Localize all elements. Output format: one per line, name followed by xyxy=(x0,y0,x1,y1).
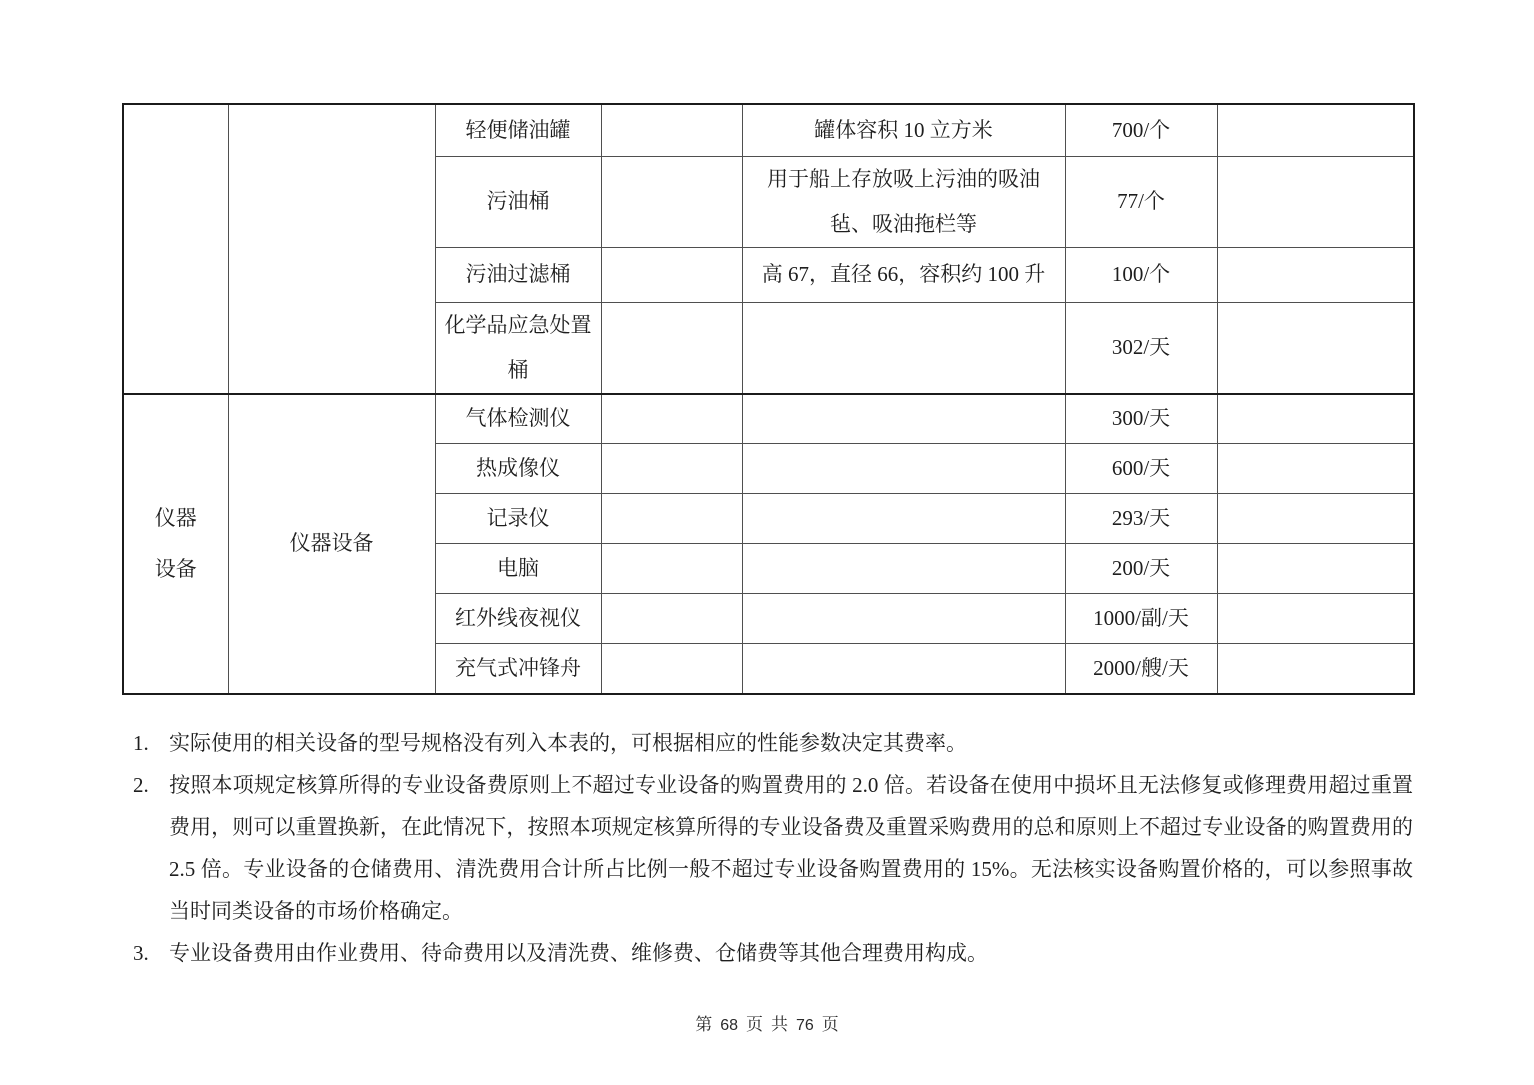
equipment-rate: 100/个 xyxy=(1065,247,1217,302)
equipment-spec: 高 67，直径 66，容积约 100 升 xyxy=(742,247,1065,302)
equipment-name: 电脑 xyxy=(435,544,601,594)
remark-cell-empty xyxy=(1217,247,1414,302)
note-text: 实际使用的相关设备的型号规格没有列入本表的，可根据相应的性能参数决定其费率。 xyxy=(169,731,967,755)
equipment-spec xyxy=(742,544,1065,594)
total-page-number: 76 xyxy=(796,1017,814,1034)
equipment-spec: 用于船上存放吸上污油的吸油毡、吸油拖栏等 xyxy=(742,156,1065,247)
category-line: 仪器 xyxy=(128,493,224,544)
equipment-name: 热成像仪 xyxy=(435,444,601,494)
cell-empty xyxy=(601,104,742,156)
remark-cell-empty xyxy=(1217,104,1414,156)
equipment-spec xyxy=(742,594,1065,644)
equipment-name: 充气式冲锋舟 xyxy=(435,644,601,694)
cell-empty xyxy=(601,156,742,247)
equipment-spec xyxy=(742,494,1065,544)
equipment-name: 记录仪 xyxy=(435,494,601,544)
equipment-rate: 600/天 xyxy=(1065,444,1217,494)
note-number: 2. xyxy=(133,764,169,806)
equipment-rate: 293/天 xyxy=(1065,494,1217,544)
note-item: 3.专业设备费用由作业费用、待命费用以及清洗费、维修费、仓储费等其他合理费用构成… xyxy=(133,932,1413,974)
equipment-rate: 77/个 xyxy=(1065,156,1217,247)
equipment-rate: 2000/艘/天 xyxy=(1065,644,1217,694)
remark-cell-empty xyxy=(1217,644,1414,694)
equipment-spec xyxy=(742,302,1065,394)
equipment-name: 轻便储油罐 xyxy=(435,104,601,156)
equipment-name: 气体检测仪 xyxy=(435,394,601,444)
footer-label: 共 xyxy=(771,1015,788,1034)
note-number: 1. xyxy=(133,722,169,764)
cell-empty xyxy=(601,444,742,494)
note-item: 2.按照本项规定核算所得的专业设备费原则上不超过专业设备的购置费用的 2.0 倍… xyxy=(133,764,1413,932)
remark-cell-empty xyxy=(1217,494,1414,544)
cell-empty xyxy=(601,594,742,644)
note-text: 专业设备费用由作业费用、待命费用以及清洗费、维修费、仓储费等其他合理费用构成。 xyxy=(169,941,988,965)
note-item: 1.实际使用的相关设备的型号规格没有列入本表的，可根据相应的性能参数决定其费率。 xyxy=(133,722,1413,764)
footer-label: 页 xyxy=(746,1015,763,1034)
equipment-name: 红外线夜视仪 xyxy=(435,594,601,644)
notes-section: 1.实际使用的相关设备的型号规格没有列入本表的，可根据相应的性能参数决定其费率。… xyxy=(133,722,1413,974)
equipment-spec xyxy=(742,394,1065,444)
cell-empty xyxy=(601,494,742,544)
note-text: 按照本项规定核算所得的专业设备费原则上不超过专业设备的购置费用的 2.0 倍。若… xyxy=(169,773,1413,923)
cell-empty xyxy=(601,302,742,394)
equipment-rate: 700/个 xyxy=(1065,104,1217,156)
equipment-rate: 300/天 xyxy=(1065,394,1217,444)
remark-cell-empty xyxy=(1217,302,1414,394)
equipment-name: 污油过滤桶 xyxy=(435,247,601,302)
table-row: 仪器 设备 仪器设备 气体检测仪 300/天 xyxy=(123,394,1414,444)
subcategory-cell-empty xyxy=(228,104,435,394)
cell-empty xyxy=(601,394,742,444)
remark-cell-empty xyxy=(1217,156,1414,247)
remark-cell-empty xyxy=(1217,544,1414,594)
equipment-rate: 200/天 xyxy=(1065,544,1217,594)
equipment-name: 污油桶 xyxy=(435,156,601,247)
remark-cell-empty xyxy=(1217,444,1414,494)
cell-empty xyxy=(601,544,742,594)
equipment-rate: 1000/副/天 xyxy=(1065,594,1217,644)
table-row: 轻便储油罐 罐体容积 10 立方米 700/个 xyxy=(123,104,1414,156)
footer-label: 页 xyxy=(822,1015,839,1034)
category-cell: 仪器 设备 xyxy=(123,394,228,694)
category-line: 设备 xyxy=(128,544,224,595)
footer-label: 第 xyxy=(695,1015,712,1034)
equipment-spec xyxy=(742,444,1065,494)
remark-cell-empty xyxy=(1217,594,1414,644)
equipment-spec xyxy=(742,644,1065,694)
cell-empty xyxy=(601,247,742,302)
cell-empty xyxy=(601,644,742,694)
remark-cell-empty xyxy=(1217,394,1414,444)
current-page-number: 68 xyxy=(720,1017,738,1034)
equipment-spec: 罐体容积 10 立方米 xyxy=(742,104,1065,156)
note-number: 3. xyxy=(133,932,169,974)
equipment-fee-table: 轻便储油罐 罐体容积 10 立方米 700/个 污油桶 用于船上存放吸上污油的吸… xyxy=(122,103,1415,695)
equipment-rate: 302/天 xyxy=(1065,302,1217,394)
equipment-name: 化学品应急处置桶 xyxy=(435,302,601,394)
subcategory-cell: 仪器设备 xyxy=(228,394,435,694)
page-footer: 第68页共76页 xyxy=(0,1010,1534,1035)
category-cell-empty xyxy=(123,104,228,394)
